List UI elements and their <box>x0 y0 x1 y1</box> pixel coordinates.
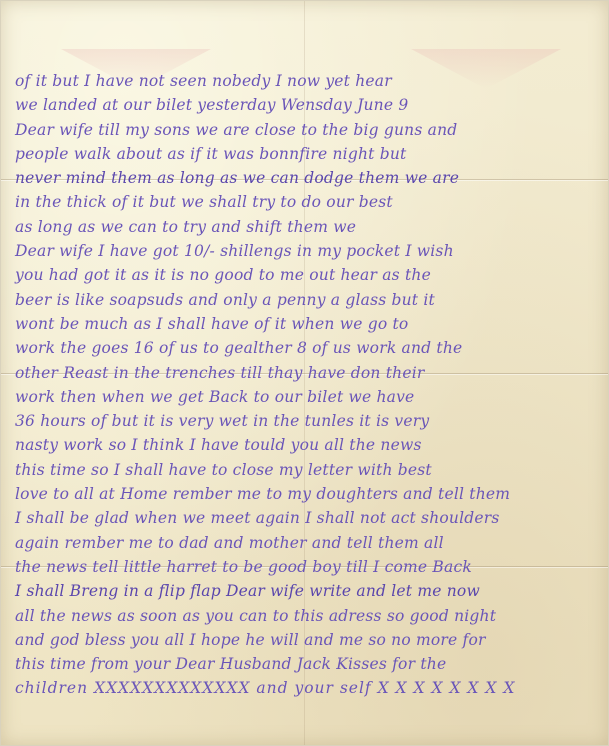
letter-body: of it but I have not seen nobedy I now y… <box>15 69 600 701</box>
letter-line: other Reast in the trenches till thay ha… <box>15 361 600 385</box>
letter-line: of it but I have not seen nobedy I now y… <box>15 69 600 93</box>
letter-line: all the news as soon as you can to this … <box>15 604 600 628</box>
letter-line: we landed at our bilet yesterday Wensday… <box>15 93 600 117</box>
letter-line: I shall be glad when we meet again I sha… <box>15 506 600 530</box>
letter-line: work then when we get Back to our bilet … <box>15 385 600 409</box>
letter-line: work the goes 16 of us to gealther 8 of … <box>15 336 600 360</box>
letter-line: I shall Breng in a flip flap Dear wife w… <box>15 579 600 603</box>
letter-line: 36 hours of but it is very wet in the tu… <box>15 409 600 433</box>
letter-line: beer is like soapsuds and only a penny a… <box>15 288 600 312</box>
letter-line: Dear wife till my sons we are close to t… <box>15 118 600 142</box>
letter-page: of it but I have not seen nobedy I now y… <box>1 1 608 745</box>
letter-line: you had got it as it is no good to me ou… <box>15 263 600 287</box>
letter-line: in the thick of it but we shall try to d… <box>15 190 600 214</box>
letter-line: love to all at Home rember me to my doug… <box>15 482 600 506</box>
letter-line: never mind them as long as we can dodge … <box>15 166 600 190</box>
letter-line-kisses: children XXXXXXXXXXXXX and your self X X… <box>15 676 600 700</box>
letter-line: nasty work so I think I have tould you a… <box>15 433 600 457</box>
letter-line: and god bless you all I hope he will and… <box>15 628 600 652</box>
letter-line: again rember me to dad and mother and te… <box>15 531 600 555</box>
letter-line: the news tell little harret to be good b… <box>15 555 600 579</box>
letter-line: this time from your Dear Husband Jack Ki… <box>15 652 600 676</box>
letter-line: wont be much as I shall have of it when … <box>15 312 600 336</box>
letter-line: as long as we can to try and shift them … <box>15 215 600 239</box>
letter-line: this time so I shall have to close my le… <box>15 458 600 482</box>
letter-line: people walk about as if it was bonnfire … <box>15 142 600 166</box>
letter-line: Dear wife I have got 10/- shillengs in m… <box>15 239 600 263</box>
